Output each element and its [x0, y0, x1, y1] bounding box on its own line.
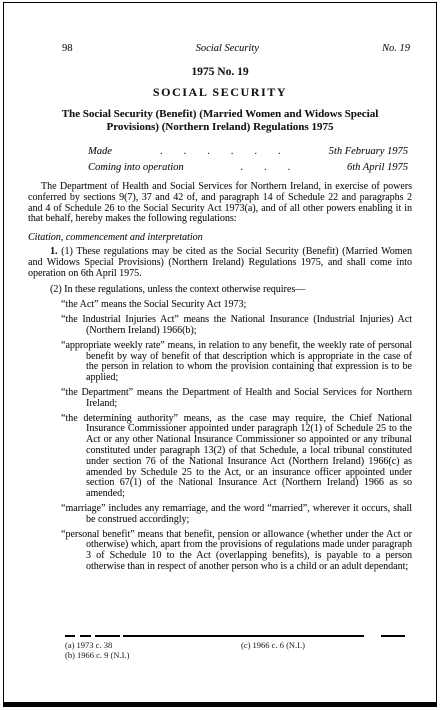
footnote-rule	[65, 635, 405, 637]
footnote-c: (c) 1966 c. 6 (N.I.)	[241, 640, 409, 650]
instrument-number: 1975 No. 19	[28, 66, 412, 78]
regulation-1-paragraph-1: 1. (1) These regulations may be cited as…	[28, 247, 412, 279]
running-header: 98 Social Security No. 19	[28, 43, 412, 54]
definition-appropriate-weekly-rate: “appropriate weekly rate” means, in rela…	[28, 341, 412, 384]
made-date: 5th February 1975	[329, 146, 408, 157]
made-label: Made	[88, 146, 112, 157]
regulation-title-line1: The Social Security (Benefit) (Married W…	[28, 108, 412, 121]
footnote-column-left: (a) 1973 c. 38 (b) 1966 c. 9 (N.I.)	[65, 640, 241, 660]
coming-into-operation-date: 6th April 1975	[347, 162, 408, 173]
section-heading-citation: Citation, commencement and interpretatio…	[28, 232, 412, 243]
definition-determining-authority: “the determining authority” means, as th…	[28, 414, 412, 500]
definition-personal-benefit: “personal benefit” means that benefit, p…	[28, 530, 412, 573]
coming-into-operation-leader-dots: . . .	[184, 162, 347, 173]
footnotes-block: (a) 1973 c. 38 (b) 1966 c. 9 (N.I.) (c) …	[31, 635, 409, 660]
page-border: 98 Social Security No. 19 1975 No. 19 SO…	[3, 2, 437, 707]
regulation-1-text: (1) These regulations may be cited as th…	[28, 246, 412, 279]
footnote-a: (a) 1973 c. 38	[65, 640, 241, 650]
definition-the-act: “the Act” means the Social Security Act …	[28, 300, 412, 311]
page-number: 98	[62, 43, 73, 54]
footnote-columns: (a) 1973 c. 38 (b) 1966 c. 9 (N.I.) (c) …	[31, 640, 409, 660]
regulation-1-paragraph-2: (2) In these regulations, unless the con…	[28, 285, 412, 296]
definition-industrial-injuries-act: “the Industrial Injuries Act” means the …	[28, 315, 412, 337]
regulation-1-number: 1.	[50, 246, 58, 257]
made-row: Made . . . . . . 5th February 1975	[28, 146, 412, 157]
regulation-title-line2: Provisions) (Northern Ireland) Regulatio…	[28, 121, 412, 134]
running-title: Social Security	[196, 43, 259, 54]
coming-into-operation-row: Coming into operation . . . 6th April 19…	[28, 162, 412, 173]
preamble-paragraph: The Department of Health and Social Serv…	[28, 182, 412, 225]
definition-the-department: “the Department” means the Department of…	[28, 388, 412, 410]
issue-ref: No. 19	[382, 43, 410, 54]
footnote-column-right: (c) 1966 c. 6 (N.I.)	[241, 640, 409, 660]
definition-marriage: “marriage” includes any remarriage, and …	[28, 504, 412, 526]
coming-into-operation-label: Coming into operation	[88, 162, 184, 173]
scanned-page: 98 Social Security No. 19 1975 No. 19 SO…	[0, 0, 440, 710]
regulation-title: The Social Security (Benefit) (Married W…	[28, 108, 412, 133]
definitions-list: “the Act” means the Social Security Act …	[28, 300, 412, 572]
footnote-b: (b) 1966 c. 9 (N.I.)	[65, 650, 241, 660]
made-leader-dots: . . . . . .	[112, 146, 329, 157]
series-heading: SOCIAL SECURITY	[28, 85, 412, 100]
page-content: 98 Social Security No. 19 1975 No. 19 SO…	[28, 43, 412, 702]
